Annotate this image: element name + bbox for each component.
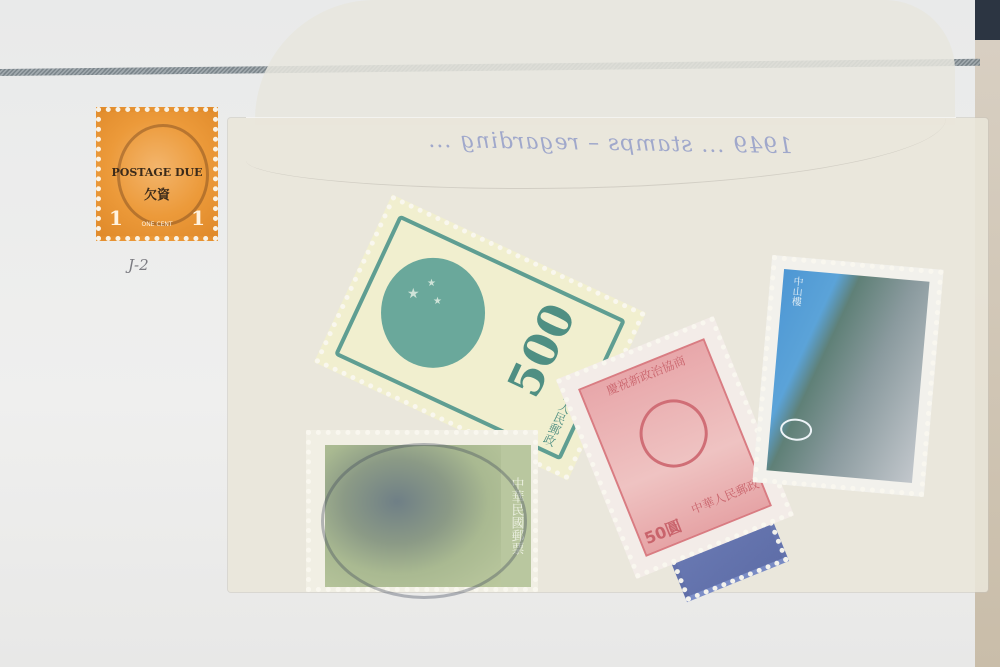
stamp-label: 中山樓 xyxy=(787,276,805,307)
catalog-number: J-2 xyxy=(128,256,149,274)
overprint-english: POSTAGE DUE xyxy=(101,166,213,179)
national-emblem-icon: ★ ★ ★ xyxy=(381,258,485,368)
stamp-blue-landscape: 中山樓 xyxy=(752,255,943,497)
overprint-chinese: 欠資 xyxy=(101,184,213,203)
stamp-green-landscape: 中華民國郵票 xyxy=(306,430,538,592)
glassine-flap xyxy=(255,0,955,125)
value-right: 1 xyxy=(191,206,205,230)
postage-due-stamp: POSTAGE DUE 欠資 1 ONE CENT 1 xyxy=(96,107,218,241)
photo-scene: POSTAGE DUE 欠資 1 ONE CENT 1 J-2 1949 ...… xyxy=(0,0,1000,667)
postmark xyxy=(321,443,527,599)
